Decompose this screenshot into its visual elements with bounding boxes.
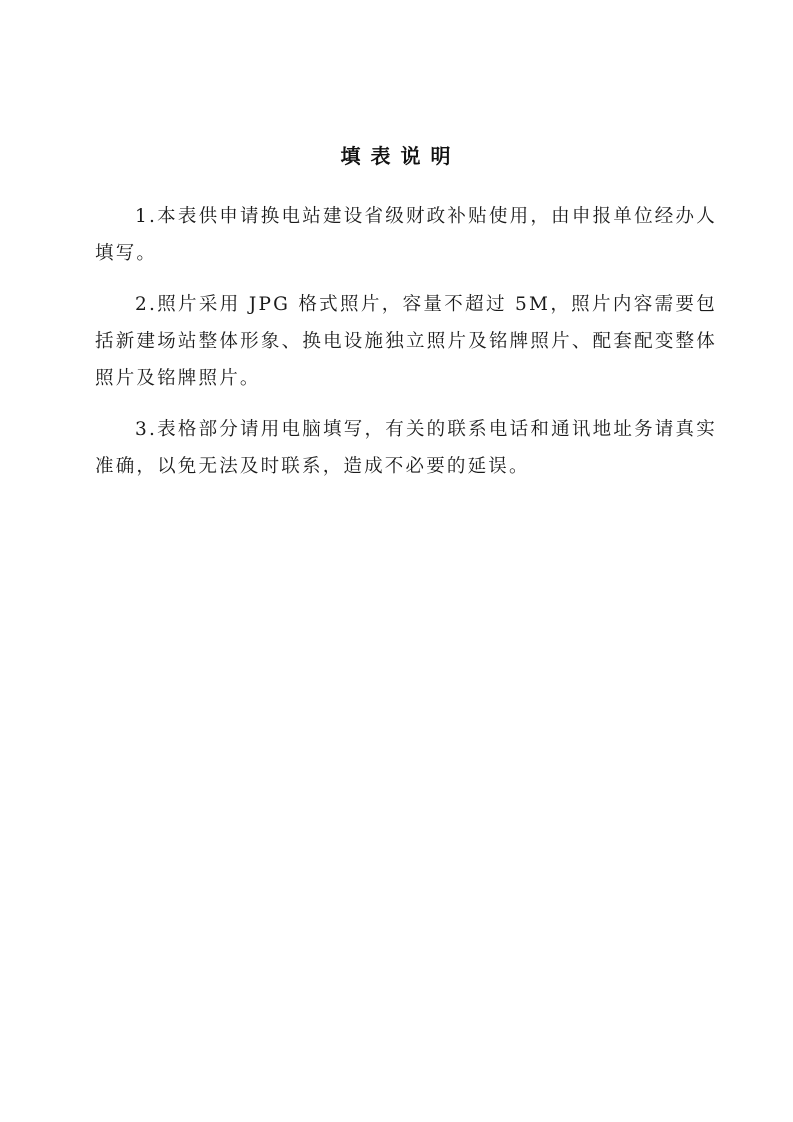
instruction-paragraph-2: 2.照片采用 JPG 格式照片，容量不超过 5M，照片内容需要包括新建场站整体形… bbox=[95, 286, 717, 397]
instructions-body: 1.本表供申请换电站建设省级财政补贴使用，由申报单位经办人填写。 2.照片采用 … bbox=[95, 198, 717, 499]
document-page: 填表说明 1.本表供申请换电站建设省级财政补贴使用，由申报单位经办人填写。 2.… bbox=[0, 0, 793, 1122]
instruction-paragraph-3: 3.表格部分请用电脑填写，有关的联系电话和通讯地址务请真实准确，以免无法及时联系… bbox=[95, 411, 717, 485]
page-title: 填表说明 bbox=[0, 142, 793, 170]
instruction-paragraph-1: 1.本表供申请换电站建设省级财政补贴使用，由申报单位经办人填写。 bbox=[95, 198, 717, 272]
